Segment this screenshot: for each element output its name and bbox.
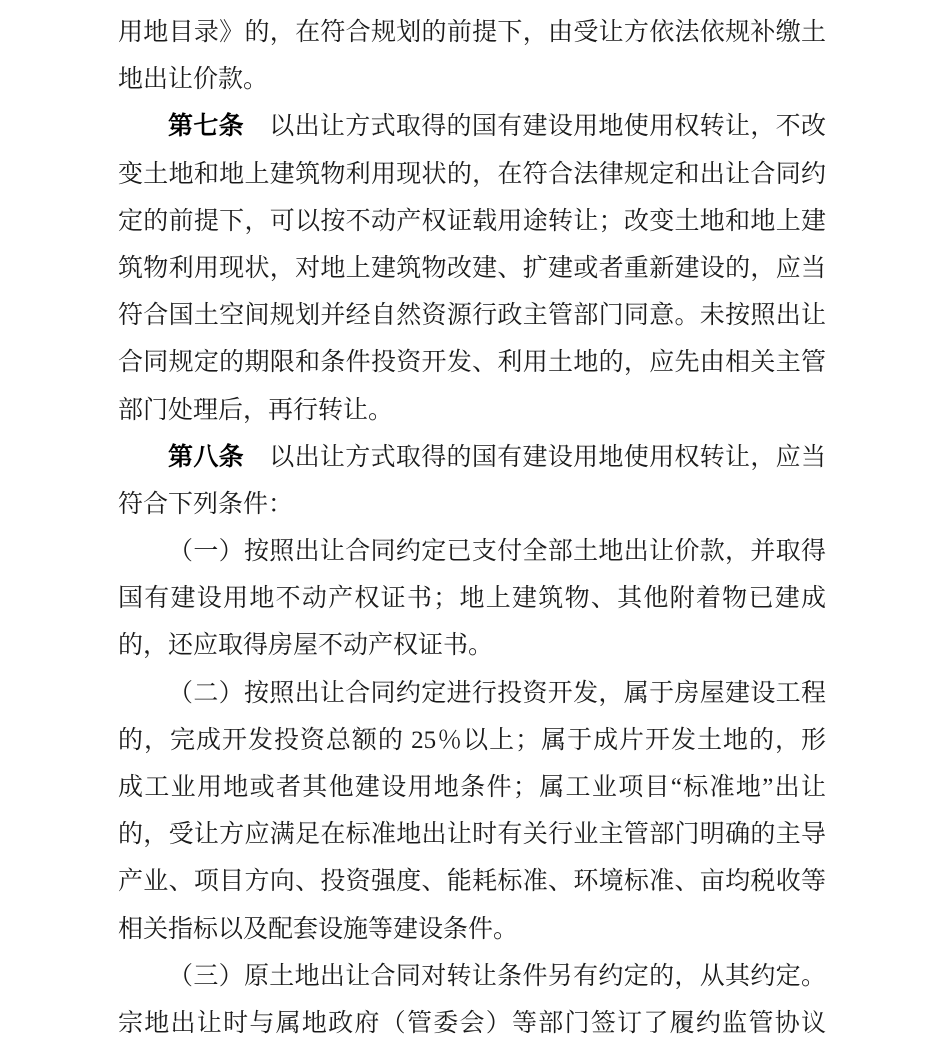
text-line: 成工业用地或者其他建设用地条件；属工业项目“标准地”出让 [118,764,826,811]
text-line: 筑物利用现状，对地上建筑物改建、扩建或者重新建设的，应当 [118,245,826,292]
text-line: 国有建设用地不动产权证书；地上建筑物、其他附着物已建成 [118,575,826,622]
item-3-line: （三）原土地出让合同对转让条件另有约定的，从其约定。 [118,953,826,1000]
document-page: 用地目录》的，在符合规划的前提下，由受让方依法依规补缴土 地出让价款。 第七条 … [118,9,826,1044]
article-8-number: 第八条 [168,444,244,471]
text-line: 合同规定的期限和条件投资开发、利用土地的，应先由相关主管 [118,339,826,386]
item-1-line: （一）按照出让合同约定已支付全部土地出让价款，并取得 [118,528,826,575]
text-line: 的，还应取得房屋不动产权证书。 [118,622,826,669]
text-line: 符合下列条件： [118,481,826,528]
text-line: 产业、项目方向、投资强度、能耗标准、环境标准、亩均税收等 [118,858,826,905]
text-line: 定的前提下，可以按不动产权证载用途转让；改变土地和地上建 [118,198,826,245]
article-8-text: 以出让方式取得的国有建设用地使用权转让，应当 [244,444,826,471]
article-7-text: 以出让方式取得的国有建设用地使用权转让，不改 [244,113,826,140]
article-7-number: 第七条 [168,113,244,140]
text-line: 变土地和地上建筑物利用现状的，在符合法律规定和出让合同约 [118,151,826,198]
item-2-line: （二）按照出让合同约定进行投资开发，属于房屋建设工程 [118,670,826,717]
text-line: 相关指标以及配套设施等建设条件。 [118,906,826,953]
text-line: 宗地出让时与属地政府（管委会）等部门签订了履约监管协议 [118,1000,826,1044]
text-line: 用地目录》的，在符合规划的前提下，由受让方依法依规补缴土 [118,9,826,56]
text-line: 部门处理后，再行转让。 [118,387,826,434]
article-7-heading-line: 第七条 以出让方式取得的国有建设用地使用权转让，不改 [118,103,826,150]
text-line: 的，受让方应满足在标准地出让时有关行业主管部门明确的主导 [118,811,826,858]
text-line: 地出让价款。 [118,56,826,103]
article-8-heading-line: 第八条 以出让方式取得的国有建设用地使用权转让，应当 [118,434,826,481]
text-line: 的，完成开发投资总额的 25％以上；属于成片开发土地的，形 [118,717,826,764]
text-line: 符合国土空间规划并经自然资源行政主管部门同意。未按照出让 [118,292,826,339]
